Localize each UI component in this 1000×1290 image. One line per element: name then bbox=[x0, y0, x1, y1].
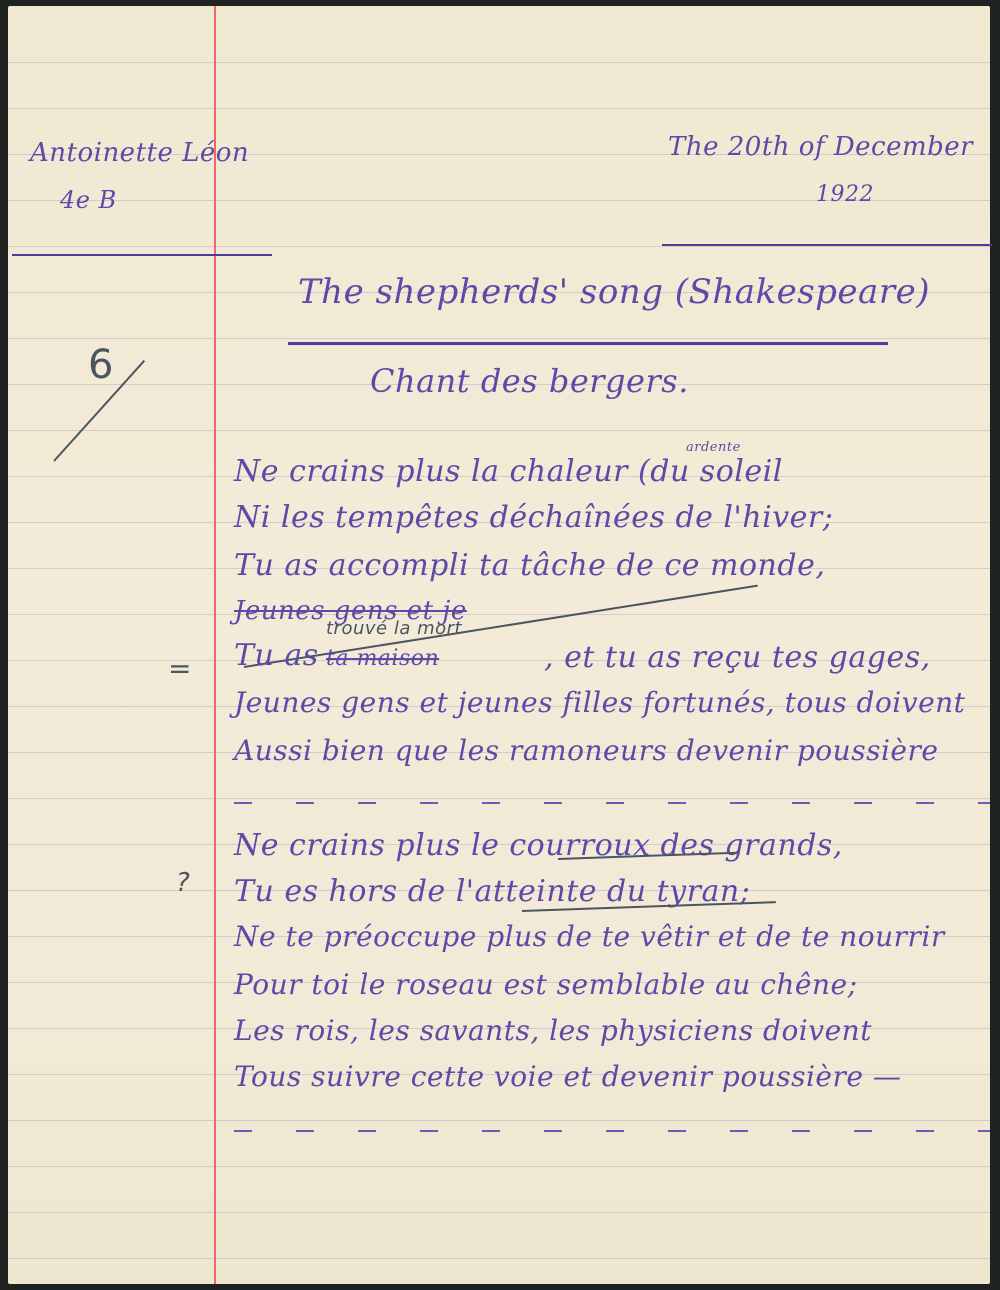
header-divider bbox=[12, 254, 272, 256]
date-line-2: 1922 bbox=[816, 182, 874, 207]
notebook-page: Antoinette Léon 4e B The 20th of Decembe… bbox=[8, 6, 990, 1284]
ruled-line bbox=[8, 430, 990, 431]
date-line-1: The 20th of December bbox=[668, 132, 973, 162]
stanza1-line-1: Ne crains plus la chaleur (du soleil bbox=[234, 454, 783, 489]
ruled-line bbox=[8, 108, 990, 109]
ruled-line bbox=[8, 1258, 990, 1259]
ruled-line bbox=[8, 338, 990, 339]
ruled-line bbox=[8, 246, 990, 247]
stanza1-line-3: Tu as accompli ta tâche de ce monde, bbox=[234, 548, 825, 583]
stanza2-line-3: Ne te préoccupe plus de te vêtir et de t… bbox=[234, 920, 945, 953]
ruled-line bbox=[8, 1166, 990, 1167]
grade-mark: 6 bbox=[88, 342, 114, 388]
insertion-ardente: ardente bbox=[686, 440, 741, 455]
margin-equals-mark: = bbox=[168, 652, 192, 685]
title-french: Chant des bergers. bbox=[370, 362, 689, 400]
stanza2-line-4: Pour toi le roseau est semblable au chên… bbox=[234, 968, 858, 1001]
stanza1-line-7: Aussi bien que les ramoneurs devenir pou… bbox=[234, 734, 938, 767]
ruled-line bbox=[8, 798, 990, 799]
stanza-separator bbox=[234, 802, 990, 804]
stanza1-line-2: Ni les tempêtes déchaînées de l'hiver; bbox=[234, 500, 833, 535]
title-english: The shepherds' song (Shakespeare) bbox=[298, 272, 930, 312]
date-divider bbox=[662, 244, 992, 246]
ruled-line bbox=[8, 62, 990, 63]
stanza1-line-5-struck: ta maison bbox=[326, 646, 439, 671]
stanza2-line-5: Les rois, les savants, les physiciens do… bbox=[234, 1014, 872, 1047]
ruled-line bbox=[8, 1120, 990, 1121]
ruled-line bbox=[8, 614, 990, 615]
stanza1-line-6: Jeunes gens et jeunes filles fortunés, t… bbox=[234, 686, 965, 719]
margin-question-mark: ? bbox=[176, 868, 190, 898]
stanza1-line-5-prefix: Tu as bbox=[234, 638, 319, 673]
title-underline bbox=[288, 342, 888, 345]
end-separator bbox=[234, 1130, 990, 1132]
stanza1-line-5-insertion: trouvé la mort bbox=[326, 618, 462, 639]
stanza2-line-1: Ne crains plus le courroux des grands, bbox=[234, 828, 843, 863]
ruled-line bbox=[8, 1212, 990, 1213]
stanza2-line-6: Tous suivre cette voie et devenir poussi… bbox=[234, 1060, 901, 1093]
stanza1-line-5-rest: , et tu as reçu tes gages, bbox=[544, 640, 931, 675]
class-label: 4e B bbox=[60, 186, 117, 214]
student-name: Antoinette Léon bbox=[30, 138, 249, 168]
margin-rule bbox=[214, 6, 216, 1284]
